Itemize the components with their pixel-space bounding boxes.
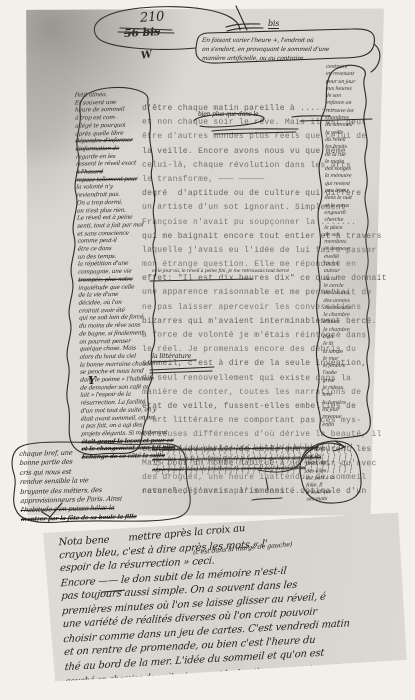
right-margin-line: les bruits — [325, 144, 372, 152]
insertion-bien-plus: bien plus que dans le — [198, 111, 258, 118]
right-margin-line: la mémoire — [324, 173, 371, 181]
right-margin-line: des heures — [323, 290, 370, 298]
right-margin-line: dans la nuit — [324, 195, 371, 203]
right-margin-line: d'hiver — [323, 319, 370, 327]
bottom-left-margin: chaque bref, unebonne partie descris qui… — [19, 446, 185, 525]
insertion-la-litterature: la littérature — [152, 352, 191, 360]
bottom-right-line: ces mots — [306, 496, 361, 504]
crossed-page-number: 56 bis — [124, 25, 161, 40]
crossed-title-word: bis — [268, 19, 279, 29]
right-margin-line: revenue — [322, 414, 369, 422]
note-body: crayon bleu, c'est à dire après les mots… — [59, 532, 395, 688]
nota-bene-slip: Nota bene mettre après la croix au crayo… — [42, 513, 407, 682]
typed-line: térieuses différences d'où dérive la bea… — [142, 428, 382, 442]
right-margin-column: contraireen revenantpour un jouraux heur… — [322, 64, 372, 429]
right-margin-line: le lit — [323, 341, 370, 349]
right-margin-line: enfin — [322, 421, 369, 429]
manuscript-photograph: 210 56 bis bis En faisant varier l'heure… — [0, 0, 415, 700]
insertion-line: En faisant varier l'heure +, l'endroit o… — [201, 36, 374, 45]
overwrite-mark: W — [140, 49, 153, 62]
left-margin-column: Petit alinéa.Et souvent uneheure de somm… — [74, 91, 147, 462]
right-margin-line: levé — [322, 392, 369, 400]
right-margin-line: du sommeil — [325, 122, 372, 130]
right-margin-line: en revenant — [325, 71, 372, 79]
insertion-interline: et le jour où, le réveil à peine fini, j… — [152, 269, 289, 274]
page-number: 210 — [140, 9, 165, 26]
right-margin-line: autour — [323, 268, 370, 276]
right-margin-line: cherche — [324, 217, 371, 225]
right-margin-line: le dormeur — [324, 246, 371, 254]
bottom-right-margin: à Dublincar lesmots ontdes ailesest part… — [306, 446, 361, 505]
